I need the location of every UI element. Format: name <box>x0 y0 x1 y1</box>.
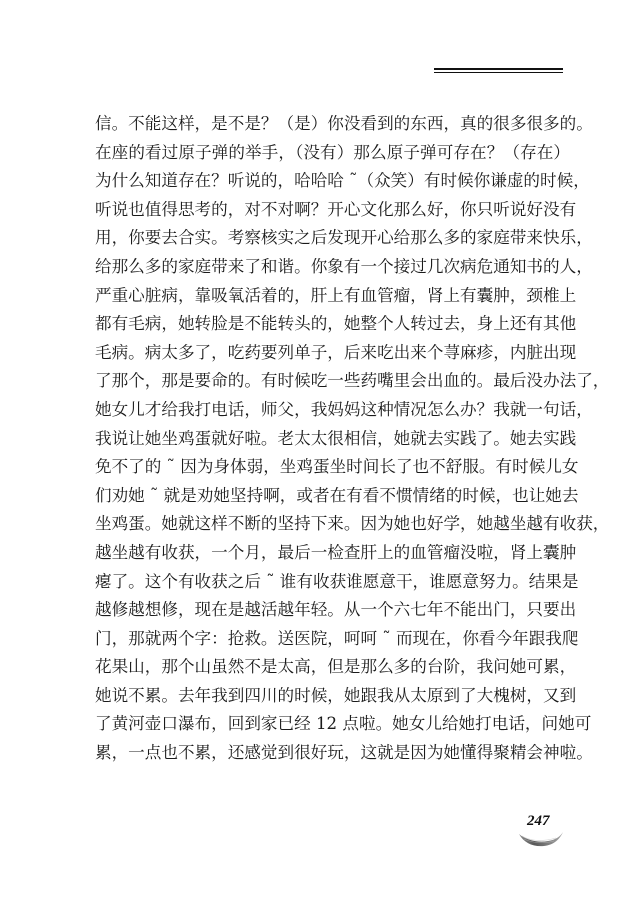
text-line: 越修越想修，现在是越活越年轻。从一个六七年不能出门，只要出 <box>95 596 570 625</box>
text-line: 都有毛病，她转脸是不能转头的，她整个人转过去，身上还有其他 <box>95 310 570 339</box>
text-line: 了黄河壶口瀑布，回到家已经 12 点啦。她女儿给她打电话，问她可 <box>95 710 570 739</box>
text-line: 严重心脏病，靠吸氧活着的，肝上有血管瘤，肾上有囊肿，颈椎上 <box>95 282 570 311</box>
text-line: 坐鸡蛋。她就这样不断的坚持下来。因为她也好学，她越坐越有收获， <box>95 510 570 539</box>
text-line: 用，你要去合实。考察核实之后发现开心给那么多的家庭带来快乐， <box>95 224 570 253</box>
text-line: 免不了的 ˜ 因为身体弱，坐鸡蛋坐时间长了也不舒服。有时候儿女 <box>95 453 570 482</box>
text-line: 给那么多的家庭带来了和谐。你象有一个接过几次病危通知书的人， <box>95 253 570 282</box>
text-line: 越坐越有收获，一个月，最后一检查肝上的血管瘤没啦，肾上囊肿 <box>95 539 570 568</box>
text-line: 花果山，那个山虽然不是太高，但是那么多的台阶，我问她可累， <box>95 653 570 682</box>
text-line: 累，一点也不累，还感觉到很好玩，这就是因为她懂得聚精会神啦。 <box>95 739 570 768</box>
text-line: 瘪了。这个有收获之后 ˜ 谁有收获谁愿意干，谁愿意努力。结果是 <box>95 568 570 597</box>
header-double-rule <box>434 68 563 73</box>
body-text: 信。不能这样，是不是？（是）你没看到的东西，真的很多很多的。 在座的看过原子弹的… <box>95 110 570 768</box>
text-line: 们劝她 ˜ 就是劝她坚持啊，或者在有看不惯情绪的时候，也让她去 <box>95 482 570 511</box>
text-line: 了那个，那是要命的。有时候吃一些药嘴里会出血的。最后没办法了， <box>95 367 570 396</box>
text-line: 听说也值得思考的，对不对啊？开心文化那么好，你只听说好没有 <box>95 196 570 225</box>
text-line: 在座的看过原子弹的举手，（没有）那么原子弹可存在？（存在） <box>95 139 570 168</box>
text-line: 我说让她坐鸡蛋就好啦。老太太很相信，她就去实践了。她去实践 <box>95 425 570 454</box>
brush-stroke-icon <box>518 831 564 849</box>
text-line: 门，那就两个字：抢救。送医院，呵呵 ˜ 而现在，你看今年跟我爬 <box>95 625 570 654</box>
text-line: 毛病。病太多了，吃药要列单子，后来吃出来个荨麻疹，内脏出现 <box>95 339 570 368</box>
text-line: 她说不累。去年我到四川的时候，她跟我从太原到了大槐树，又到 <box>95 682 570 711</box>
text-line: 她女儿才给我打电话，师父，我妈妈这种情况怎么办？我就一句话， <box>95 396 570 425</box>
text-line: 为什么知道存在？听说的，哈哈哈 ˜（众笑）有时候你谦虚的时候， <box>95 167 570 196</box>
text-line: 信。不能这样，是不是？（是）你没看到的东西，真的很多很多的。 <box>95 110 570 139</box>
page-number: 247 <box>527 813 550 830</box>
